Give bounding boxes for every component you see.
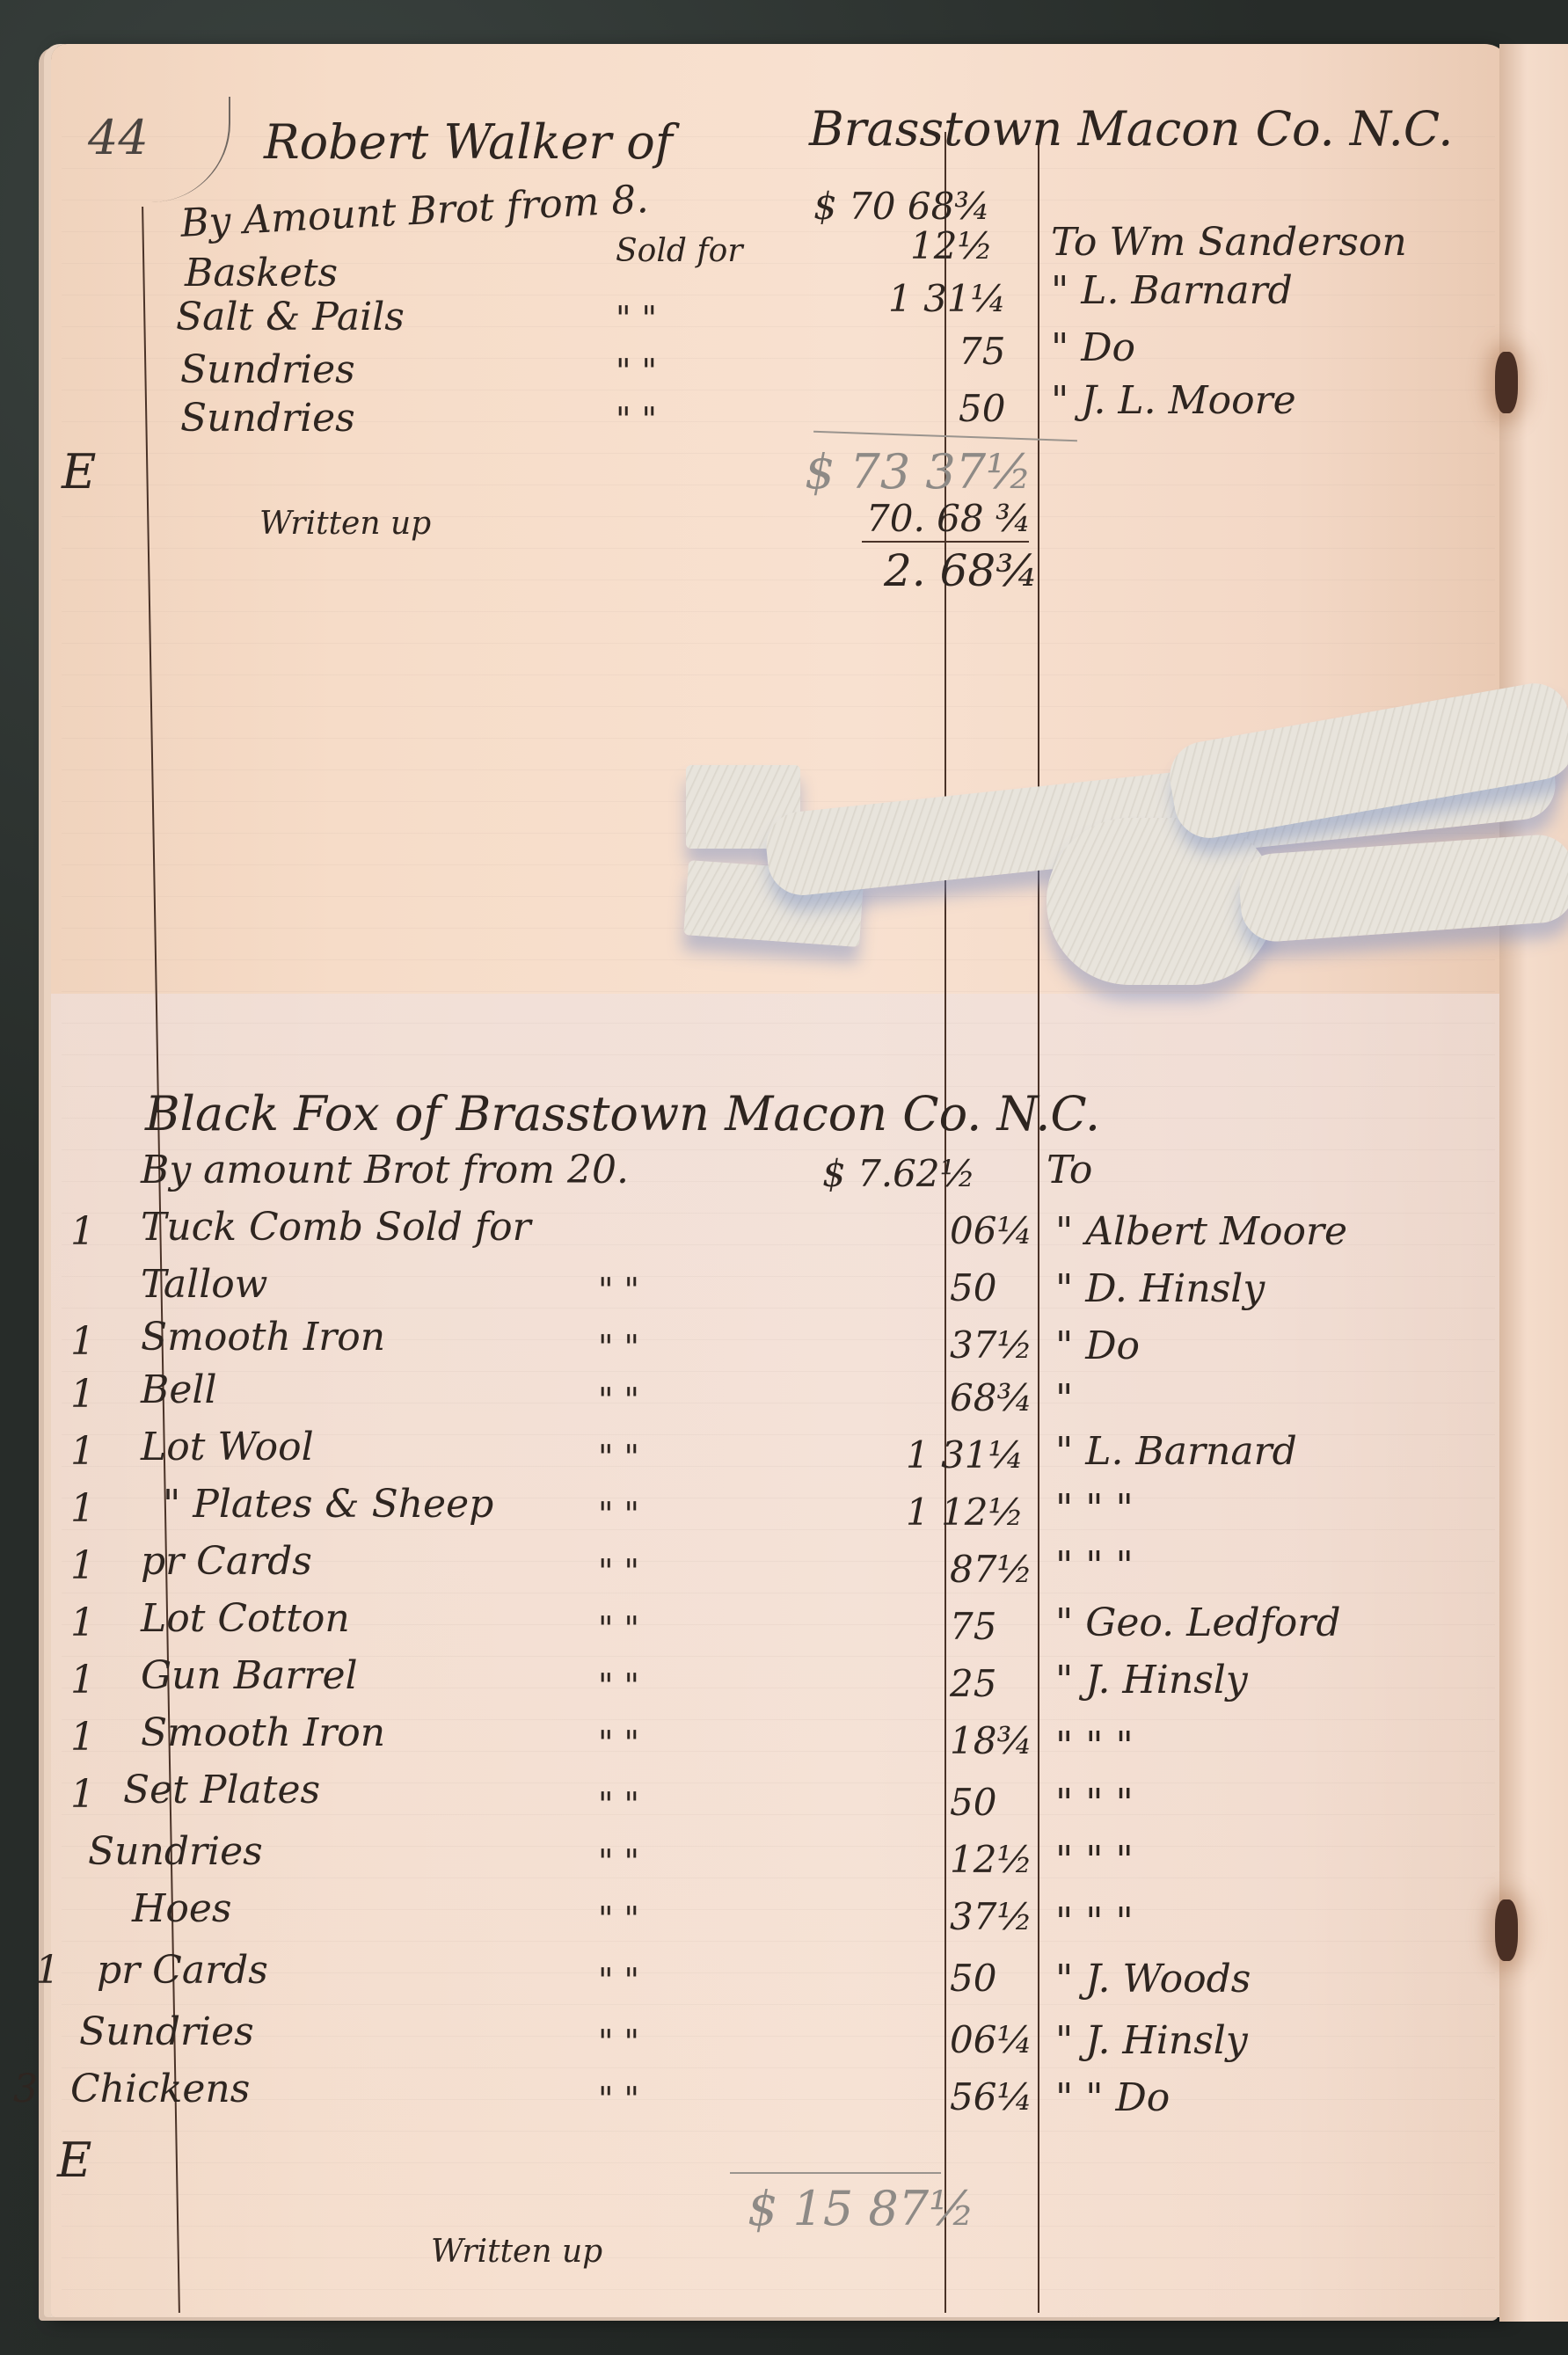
item-name: pr Cards bbox=[141, 1539, 312, 1584]
item-buyer: " Geo. Ledford bbox=[1055, 1600, 1341, 1645]
ditto-mark: " " bbox=[598, 1785, 639, 1824]
ditto-mark: " " bbox=[598, 1271, 639, 1309]
item-amount: 1 31¼ bbox=[906, 1433, 1024, 1476]
ditto-mark: " " bbox=[598, 2023, 639, 2061]
item-qty: 1 bbox=[35, 1948, 60, 1993]
ditto-mark: " " bbox=[616, 400, 657, 439]
margin-mark-e: E bbox=[62, 444, 96, 499]
written-up-note: Written up bbox=[259, 506, 431, 542]
item-name: Set Plates bbox=[123, 1768, 320, 1812]
item-buyer: " " " bbox=[1055, 1724, 1134, 1768]
brought-forward-amount: $ 70 68¾ bbox=[813, 185, 990, 228]
ditto-mark: " " bbox=[598, 1666, 639, 1705]
ditto-mark: " " bbox=[598, 1609, 639, 1648]
item-name: Sundries bbox=[180, 347, 355, 392]
brought-forward-amount: $ 7.62½ bbox=[822, 1152, 975, 1195]
item-amount: 12½ bbox=[950, 1838, 1032, 1881]
page-number: 44 bbox=[88, 110, 149, 165]
item-amount: 12½ bbox=[910, 224, 993, 267]
item-qty: 1 bbox=[70, 1600, 95, 1645]
item-amount: 18¾ bbox=[950, 1719, 1032, 1762]
item-buyer: " " " bbox=[1055, 1899, 1134, 1944]
ditto-mark: " " bbox=[598, 2080, 639, 2118]
pencil-rule bbox=[730, 2172, 941, 2174]
ditto-mark: " " bbox=[616, 352, 657, 390]
pencil-total: $ 73 37½ bbox=[805, 444, 1032, 499]
brought-forward-to: To bbox=[1047, 1148, 1092, 1192]
item-name: Smooth Iron bbox=[141, 1710, 385, 1755]
item-amount: 50 bbox=[950, 1957, 996, 2000]
item-amount: 68¾ bbox=[950, 1376, 1032, 1419]
ditto-mark: " " bbox=[616, 299, 657, 338]
item-buyer: " " " bbox=[1055, 1486, 1134, 1531]
item-amount: 06¼ bbox=[950, 2018, 1032, 2061]
entry-location: Brasstown Macon Co. N.C. bbox=[809, 101, 1453, 157]
item-buyer: " Do bbox=[1051, 325, 1135, 370]
item-buyer: " J. Woods bbox=[1055, 1957, 1251, 2001]
cents-column-rule-right bbox=[1038, 132, 1039, 2313]
item-amount: 50 bbox=[950, 1781, 996, 1824]
item-amount: 25 bbox=[950, 1662, 996, 1705]
item-amount: 1 12½ bbox=[906, 1491, 1024, 1534]
item-qty: 1 bbox=[70, 1429, 95, 1474]
sold-for-label: Sold for bbox=[616, 233, 743, 269]
item-name: Bell bbox=[141, 1367, 217, 1412]
rust-stain bbox=[1495, 1899, 1518, 1961]
item-name: Tallow bbox=[141, 1262, 267, 1307]
ditto-mark: " " bbox=[598, 1899, 639, 1938]
item-buyer: " J. Hinsly bbox=[1055, 1658, 1248, 1702]
item-name: pr Cards bbox=[97, 1948, 268, 1993]
item-name: Salt & Pails bbox=[176, 295, 405, 339]
subtract-line: 70. 68 ¾ bbox=[866, 497, 1032, 540]
item-amount: 50 bbox=[950, 1266, 996, 1309]
ditto-mark: " " bbox=[598, 1328, 639, 1367]
item-buyer: " bbox=[1055, 1376, 1073, 1421]
ditto-mark: " " bbox=[598, 1495, 639, 1534]
entry-title: Black Fox of Brasstown Macon Co. N.C. bbox=[145, 1086, 1100, 1141]
balance-amount: 2. 68¾ bbox=[884, 545, 1039, 596]
item-amount: 1 31¼ bbox=[888, 277, 1006, 320]
item-name: Hoes bbox=[132, 1886, 231, 1931]
item-amount: 37½ bbox=[950, 1895, 1032, 1938]
item-amount: 75 bbox=[950, 1605, 996, 1648]
item-buyer: " " " bbox=[1055, 1543, 1134, 1588]
item-qty: 3 bbox=[13, 2067, 38, 2111]
item-name: " Plates & Sheep bbox=[163, 1482, 493, 1527]
item-name: Chickens bbox=[70, 2067, 250, 2111]
ditto-mark: " " bbox=[598, 1842, 639, 1881]
item-buyer: " " " bbox=[1055, 1838, 1134, 1883]
ditto-mark: " " bbox=[598, 1961, 639, 2000]
ditto-mark: " " bbox=[598, 1438, 639, 1476]
item-name: Lot Wool bbox=[141, 1425, 314, 1469]
rust-stain bbox=[1495, 352, 1518, 413]
entry-title: Robert Walker of bbox=[264, 114, 673, 170]
item-buyer: " Do bbox=[1055, 1323, 1140, 1368]
item-amount: 50 bbox=[959, 387, 1005, 430]
item-buyer: " " " bbox=[1055, 1781, 1134, 1826]
item-qty: 1 bbox=[70, 1209, 95, 1254]
item-buyer: " J. L. Moore bbox=[1051, 378, 1296, 423]
item-amount: 87½ bbox=[950, 1548, 1032, 1591]
sum-rule bbox=[862, 541, 1029, 543]
cloth-ribbon-tie bbox=[677, 695, 1568, 985]
item-qty: 1 bbox=[70, 1715, 95, 1760]
item-name: Sundries bbox=[79, 2009, 254, 2054]
margin-mark-e: E bbox=[57, 2133, 91, 2188]
brought-forward-label: By amount Brot from 20. bbox=[141, 1148, 629, 1192]
item-name: Gun Barrel bbox=[141, 1653, 358, 1698]
item-qty: 1 bbox=[70, 1772, 95, 1817]
item-buyer: " L. Barnard bbox=[1051, 268, 1293, 313]
item-buyer: " " Do bbox=[1055, 2075, 1170, 2120]
item-buyer: " J. Hinsly bbox=[1055, 2018, 1248, 2063]
item-qty: 1 bbox=[70, 1486, 95, 1531]
item-qty: 1 bbox=[70, 1372, 95, 1417]
written-up-note: Written up bbox=[431, 2234, 602, 2270]
ditto-mark: " " bbox=[598, 1552, 639, 1591]
ditto-mark: " " bbox=[598, 1724, 639, 1762]
item-amount: 06¼ bbox=[950, 1209, 1032, 1252]
item-buyer: To Wm Sanderson bbox=[1051, 220, 1407, 265]
item-qty: 1 bbox=[70, 1319, 95, 1364]
item-amount: 75 bbox=[959, 330, 1005, 373]
item-qty: 1 bbox=[70, 1658, 95, 1702]
ditto-mark: " " bbox=[598, 1381, 639, 1419]
item-name: Sundries bbox=[88, 1829, 263, 1874]
item-qty: 1 bbox=[70, 1543, 95, 1588]
item-name: Baskets bbox=[185, 251, 338, 295]
item-amount: 37½ bbox=[950, 1323, 1032, 1367]
item-buyer: " Albert Moore bbox=[1055, 1209, 1347, 1254]
pencil-total: $ 15 87½ bbox=[748, 2181, 974, 2236]
item-amount: 56¼ bbox=[950, 2075, 1032, 2118]
item-name: Lot Cotton bbox=[141, 1596, 350, 1641]
item-buyer: " D. Hinsly bbox=[1055, 1266, 1265, 1311]
item-buyer: " L. Barnard bbox=[1055, 1429, 1297, 1474]
item-name: Smooth Iron bbox=[141, 1315, 385, 1360]
item-name: Sundries bbox=[180, 396, 355, 441]
item-name: Tuck Comb Sold for bbox=[141, 1205, 531, 1250]
